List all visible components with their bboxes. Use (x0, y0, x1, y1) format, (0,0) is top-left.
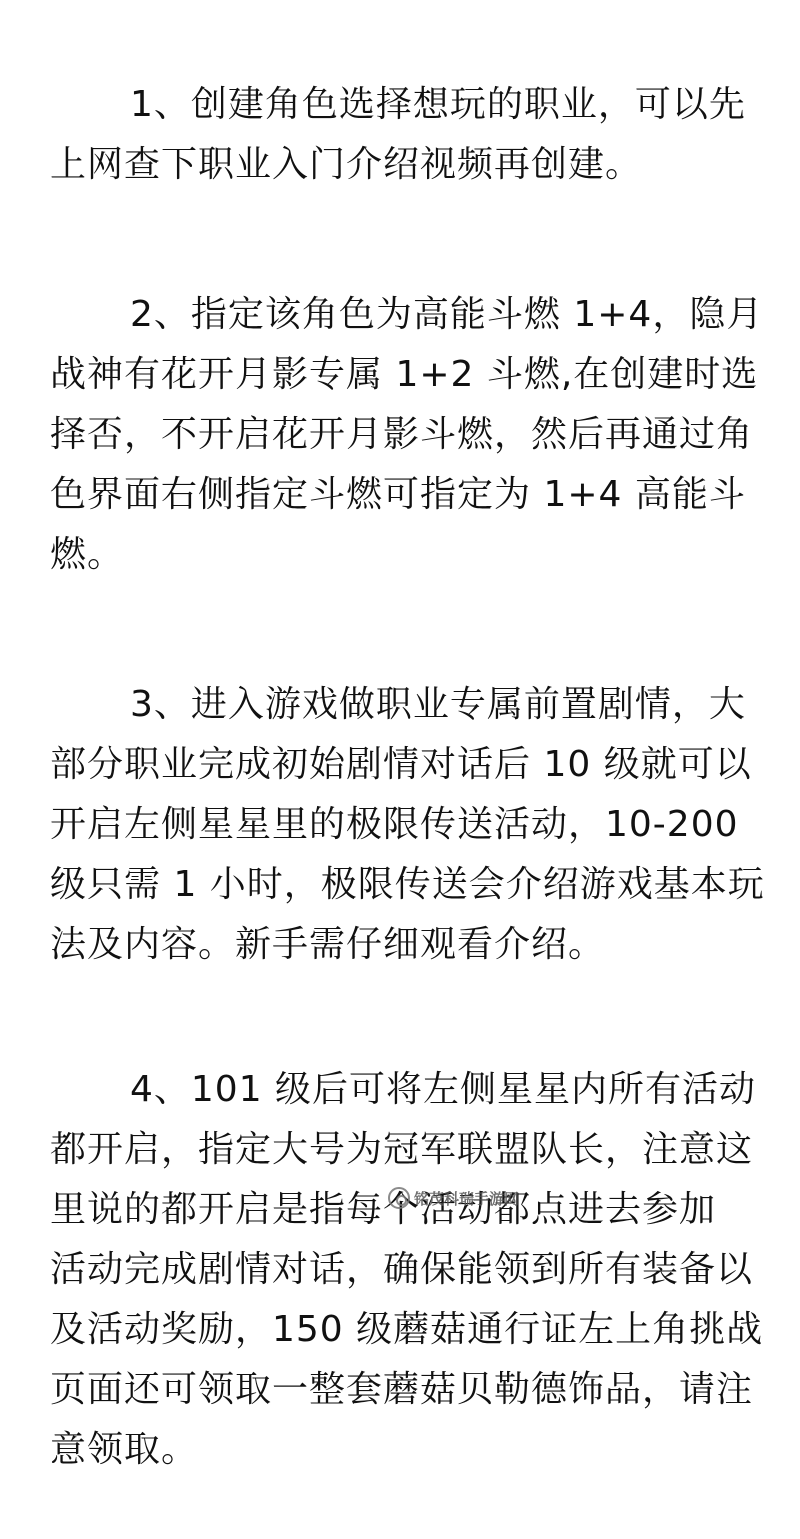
paragraph-line: 4、101 级后可将左侧星星内所有活动 (130, 1060, 756, 1120)
weibo-like-logo-icon (388, 1187, 410, 1209)
paragraph-line: 燃。 (50, 525, 124, 585)
paragraph-line: 意领取。 (50, 1420, 198, 1480)
paragraph-line: 开启左侧星星里的极限传送活动，10-200 (50, 795, 739, 855)
paragraph-line: 2、指定该角色为高能斗燃 1+4，隐月 (130, 285, 763, 345)
paragraph-line: 战神有花开月影专属 1+2 斗燃,在创建时选 (50, 345, 758, 405)
paragraph-line: 法及内容。新手需仔细观看介绍。 (50, 915, 605, 975)
paragraph-line: 部分职业完成初始剧情对话后 10 级就可以 (50, 735, 752, 795)
paragraph-line: 择否，不开启花开月影斗燃，然后再通过角 (50, 405, 753, 465)
paragraph-line: 1、创建角色选择想玩的职业，可以先 (130, 75, 746, 135)
watermark-text: 铭茂科瑞手游网 (414, 1188, 519, 1209)
watermark: 铭茂科瑞手游网 (388, 1183, 519, 1213)
paragraph-line: 里说的都开启是指每个活动都点进去参加 (50, 1180, 716, 1240)
paragraph-line: 页面还可领取一整套蘑菇贝勒德饰品，请注 (50, 1360, 753, 1420)
paragraph-line: 都开启，指定大号为冠军联盟队长，注意这 (50, 1120, 753, 1180)
paragraph-line: 上网查下职业入门介绍视频再创建。 (50, 135, 642, 195)
paragraph-line: 及活动奖励，150 级蘑菇通行证左上角挑战 (50, 1300, 763, 1360)
paragraph-line: 3、进入游戏做职业专属前置剧情，大 (130, 675, 746, 735)
paragraph-line: 级只需 1 小时，极限传送会介绍游戏基本玩 (50, 855, 765, 915)
paragraph-line: 色界面右侧指定斗燃可指定为 1+4 高能斗 (50, 465, 746, 525)
paragraph-line: 活动完成剧情对话，确保能领到所有装备以 (50, 1240, 753, 1300)
